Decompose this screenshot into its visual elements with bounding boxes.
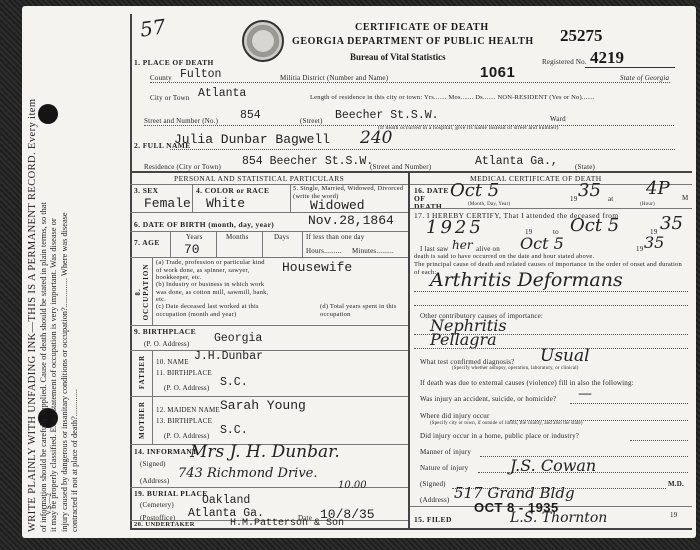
instructions-heading: WRITE PLAINLY WITH UNFADING INK—THIS IS …	[28, 16, 39, 532]
divider	[410, 208, 692, 209]
mother-birthplace-value: S.C.	[220, 424, 248, 437]
state-seal-icon	[242, 20, 284, 62]
principal-cause-value: Arthritis Deformans	[430, 269, 623, 291]
father-side-label: FATHER	[138, 352, 146, 392]
instructions-line: of information should be carefully suppl…	[39, 16, 50, 532]
attended-to-value: Oct 5	[570, 215, 619, 236]
at-label: at	[608, 195, 613, 203]
last-saw-pronoun: her	[452, 238, 473, 252]
divider	[192, 184, 193, 212]
attended-from-value: 1925	[426, 217, 484, 238]
county-label: County	[150, 74, 172, 82]
last-saw-date: Oct 5	[520, 234, 564, 253]
hospital-note: (If death occurred in a hospital, give i…	[378, 125, 559, 131]
residence-street-label: (Street and Number)	[370, 163, 431, 171]
hours-label: Hours.........	[306, 247, 342, 255]
divider	[152, 396, 153, 444]
last-saw-year: 35	[644, 233, 664, 252]
death-date-value: Oct 5	[450, 180, 499, 201]
mdy-hint: (Month, Day, Year)	[468, 202, 510, 207]
cemetery-value: Oakland	[202, 494, 250, 507]
sex-label: 3. SEX	[134, 186, 159, 195]
corner-mark: 57	[138, 14, 167, 41]
age-label: 7. AGE	[134, 238, 160, 247]
divider	[290, 184, 291, 212]
md-label: M.D.	[668, 480, 684, 488]
last-saw-prefix: 19	[636, 245, 643, 253]
dob-value: Nov.28,1864	[308, 213, 394, 228]
residence-value: 854 Beecher St.S.W.	[242, 155, 373, 168]
accident-value: —	[578, 386, 592, 402]
home-label: Did injury occur in a home, public place…	[420, 432, 579, 440]
minutes-label: Minutes.........	[352, 247, 394, 255]
accident-label: Was injury an accident, suicide, or homi…	[420, 395, 556, 403]
race-label: 4. COLOR or RACE	[196, 186, 269, 195]
father-birthplace-value: S.C.	[220, 376, 248, 389]
days-label: Days	[274, 233, 289, 241]
file-number: 25275	[560, 26, 603, 46]
full-name-line	[170, 149, 675, 150]
divider	[130, 396, 408, 397]
mother-side-label: MOTHER	[138, 400, 146, 440]
cause-line	[414, 291, 688, 292]
birthplace-po-label: (P. O. Address)	[144, 340, 189, 348]
test-hint: (Specify whether autopsy, operation, lab…	[452, 366, 579, 371]
mother-name-value: Sarah Young	[220, 398, 306, 413]
residence-label: Residence (City or Town)	[144, 163, 221, 171]
street-value: Beecher St.S.W.	[335, 109, 439, 122]
physician-address-label: (Address)	[420, 496, 449, 504]
nature-label: Nature of injury	[420, 464, 468, 472]
burial-label: 19. BURIAL PLACE	[134, 489, 208, 498]
filed-label: 15. FILED	[414, 515, 452, 524]
divider	[302, 231, 303, 257]
occupation-c-label: (c) Date deceased last worked at this oc…	[156, 303, 271, 318]
less-day-label: If less than one day	[306, 233, 364, 241]
residence-length-label: Length of residence in this city or town…	[310, 94, 595, 101]
registrar-signature: L.S. Thornton	[510, 510, 607, 526]
race-value: White	[206, 196, 245, 211]
death-year-prefix: 19	[570, 195, 577, 203]
section-divider	[130, 171, 692, 173]
external-causes-label: If death was due to external causes (vio…	[420, 379, 634, 387]
hour-hint: (Hour)	[640, 202, 655, 207]
divider	[216, 231, 217, 257]
divider	[152, 257, 153, 325]
divider	[130, 257, 408, 258]
accident-line	[570, 403, 688, 404]
personal-section-title: PERSONAL AND STATISTICAL PARTICULARS	[174, 174, 344, 183]
county-value: Fulton	[180, 68, 221, 81]
test-label: What test confirmed diagnosis?	[420, 358, 514, 366]
attended-to-year: 35	[660, 213, 683, 234]
form-left-border	[130, 14, 132, 530]
form-code: V.S.—2	[45, 493, 53, 515]
years-value: 70	[184, 242, 200, 257]
full-name-annotation: 240	[360, 128, 392, 148]
city-value: Atlanta	[198, 87, 246, 100]
margin-instructions: WRITE PLAINLY WITH UNFADING INK—THIS IS …	[28, 16, 118, 532]
home-line	[630, 440, 688, 441]
registered-label: Registered No.	[542, 58, 587, 66]
street-number-value: 854	[240, 109, 261, 122]
occupation-b-label: (b) Industry or business in which work w…	[156, 281, 271, 304]
instructions-line: contracted if not at place of death?....…	[70, 16, 81, 532]
full-name-value: Julia Dunbar Bagwell	[174, 132, 330, 147]
dob-label: 6. DATE OF BIRTH (month, day, year)	[134, 220, 274, 229]
where-label: Where did injury occur	[420, 412, 490, 420]
manner-label: Manner of injury	[420, 448, 471, 456]
informant-signed-label: (Signed)	[140, 460, 166, 468]
birthplace-label: 9. BIRTHPLACE	[134, 327, 196, 336]
last-saw-label: I last saw	[420, 245, 448, 253]
alive-on-label: alive on	[476, 245, 500, 253]
death-hour-value: 4P	[646, 178, 670, 199]
county-line	[150, 82, 670, 83]
column-divider	[408, 171, 410, 530]
occupation-side-label: 8. OCCUPATION	[134, 260, 150, 324]
state-label: State of Georgia	[620, 74, 669, 82]
divider	[130, 325, 408, 326]
informant-label: 14. INFORMANT	[134, 447, 198, 456]
informant-address-value: 743 Richmond Drive.	[178, 466, 318, 481]
city-label: City or Town	[150, 94, 190, 102]
father-po-label: (P. O. Address)	[164, 384, 209, 392]
occupation-a-label: (a) Trade, profession or particular kind…	[156, 259, 271, 282]
department-title: GEORGIA DEPARTMENT OF PUBLIC HEALTH	[292, 36, 534, 47]
years-label: Years	[186, 233, 203, 241]
mother-po-label: (P. O. Address)	[164, 432, 209, 440]
father-name-label: 10. NAME	[156, 358, 189, 366]
street-word-label: (Street)	[300, 117, 323, 125]
form-bottom-border	[130, 528, 692, 530]
m-label: M	[682, 194, 688, 202]
bureau-title: Bureau of Vital Statistics	[350, 52, 446, 62]
informant-signature: Mrs J. H. Dunbar.	[190, 442, 340, 462]
instructions-line: injury caused by dangerous or insanitary…	[60, 16, 71, 532]
father-name-value: J.H.Dunbar	[194, 350, 263, 363]
burial-fee-note: 10.00	[338, 480, 367, 491]
mother-name-label: 12. MAIDEN NAME	[156, 406, 220, 414]
residence-city-value: Atlanta Ga.,	[475, 155, 558, 168]
divider	[130, 350, 408, 351]
mother-birthplace-label: 13. BIRTHPLACE	[156, 417, 212, 425]
ward-label: Ward	[550, 115, 566, 123]
filed-year-label: 19	[670, 511, 677, 519]
sex-value: Female	[144, 196, 191, 211]
test-value: Usual	[540, 346, 590, 366]
divider	[170, 231, 171, 257]
certificate-form: 57 CERTIFICATE OF DEATH GEORGIA DEPARTME…	[130, 14, 692, 530]
father-birthplace-label: 11. BIRTHPLACE	[156, 369, 212, 377]
occupation-d-label: (d) Total years spent in this occupation	[320, 303, 400, 318]
informant-address-label: (Address)	[140, 477, 169, 485]
place-of-death-label: 1. PLACE OF DEATH	[134, 58, 214, 67]
registered-number: 4219	[590, 48, 624, 68]
birthplace-value: Georgia	[214, 332, 262, 345]
death-year-value: 35	[578, 180, 601, 201]
physician-signature: J.S. Cowan	[510, 456, 596, 475]
residence-state-label: (State)	[575, 163, 595, 171]
where-hint: (Specify city or town, if outside of lim…	[430, 421, 583, 426]
cemetery-label: (Cemetery)	[140, 501, 174, 509]
instructions-line: it may be properly classified. Exact sta…	[49, 16, 60, 532]
physician-signed-label: (Signed)	[420, 480, 446, 488]
months-label: Months	[226, 233, 249, 241]
divider	[262, 231, 263, 257]
occupation-a-value: Housewife	[282, 260, 352, 275]
undertaker-label: 20. UNDERTAKER	[134, 521, 195, 528]
divider	[152, 350, 153, 396]
marital-value: Widowed	[310, 198, 365, 213]
militia-label: Militia District (Number and Name)	[280, 74, 388, 82]
divider	[130, 231, 408, 232]
undertaker-value: H.M.Patterson & Son	[230, 518, 344, 529]
contributory-cause-2: Pellagra	[430, 330, 497, 349]
certificate-title: CERTIFICATE OF DEATH	[355, 22, 489, 33]
militia-value: 1061	[480, 64, 515, 81]
street-label: Street and Number (No.)	[144, 117, 218, 125]
death-said-label: death is said to have occurred on the da…	[414, 253, 688, 261]
cause-line	[414, 305, 688, 306]
registered-underline	[585, 67, 675, 68]
